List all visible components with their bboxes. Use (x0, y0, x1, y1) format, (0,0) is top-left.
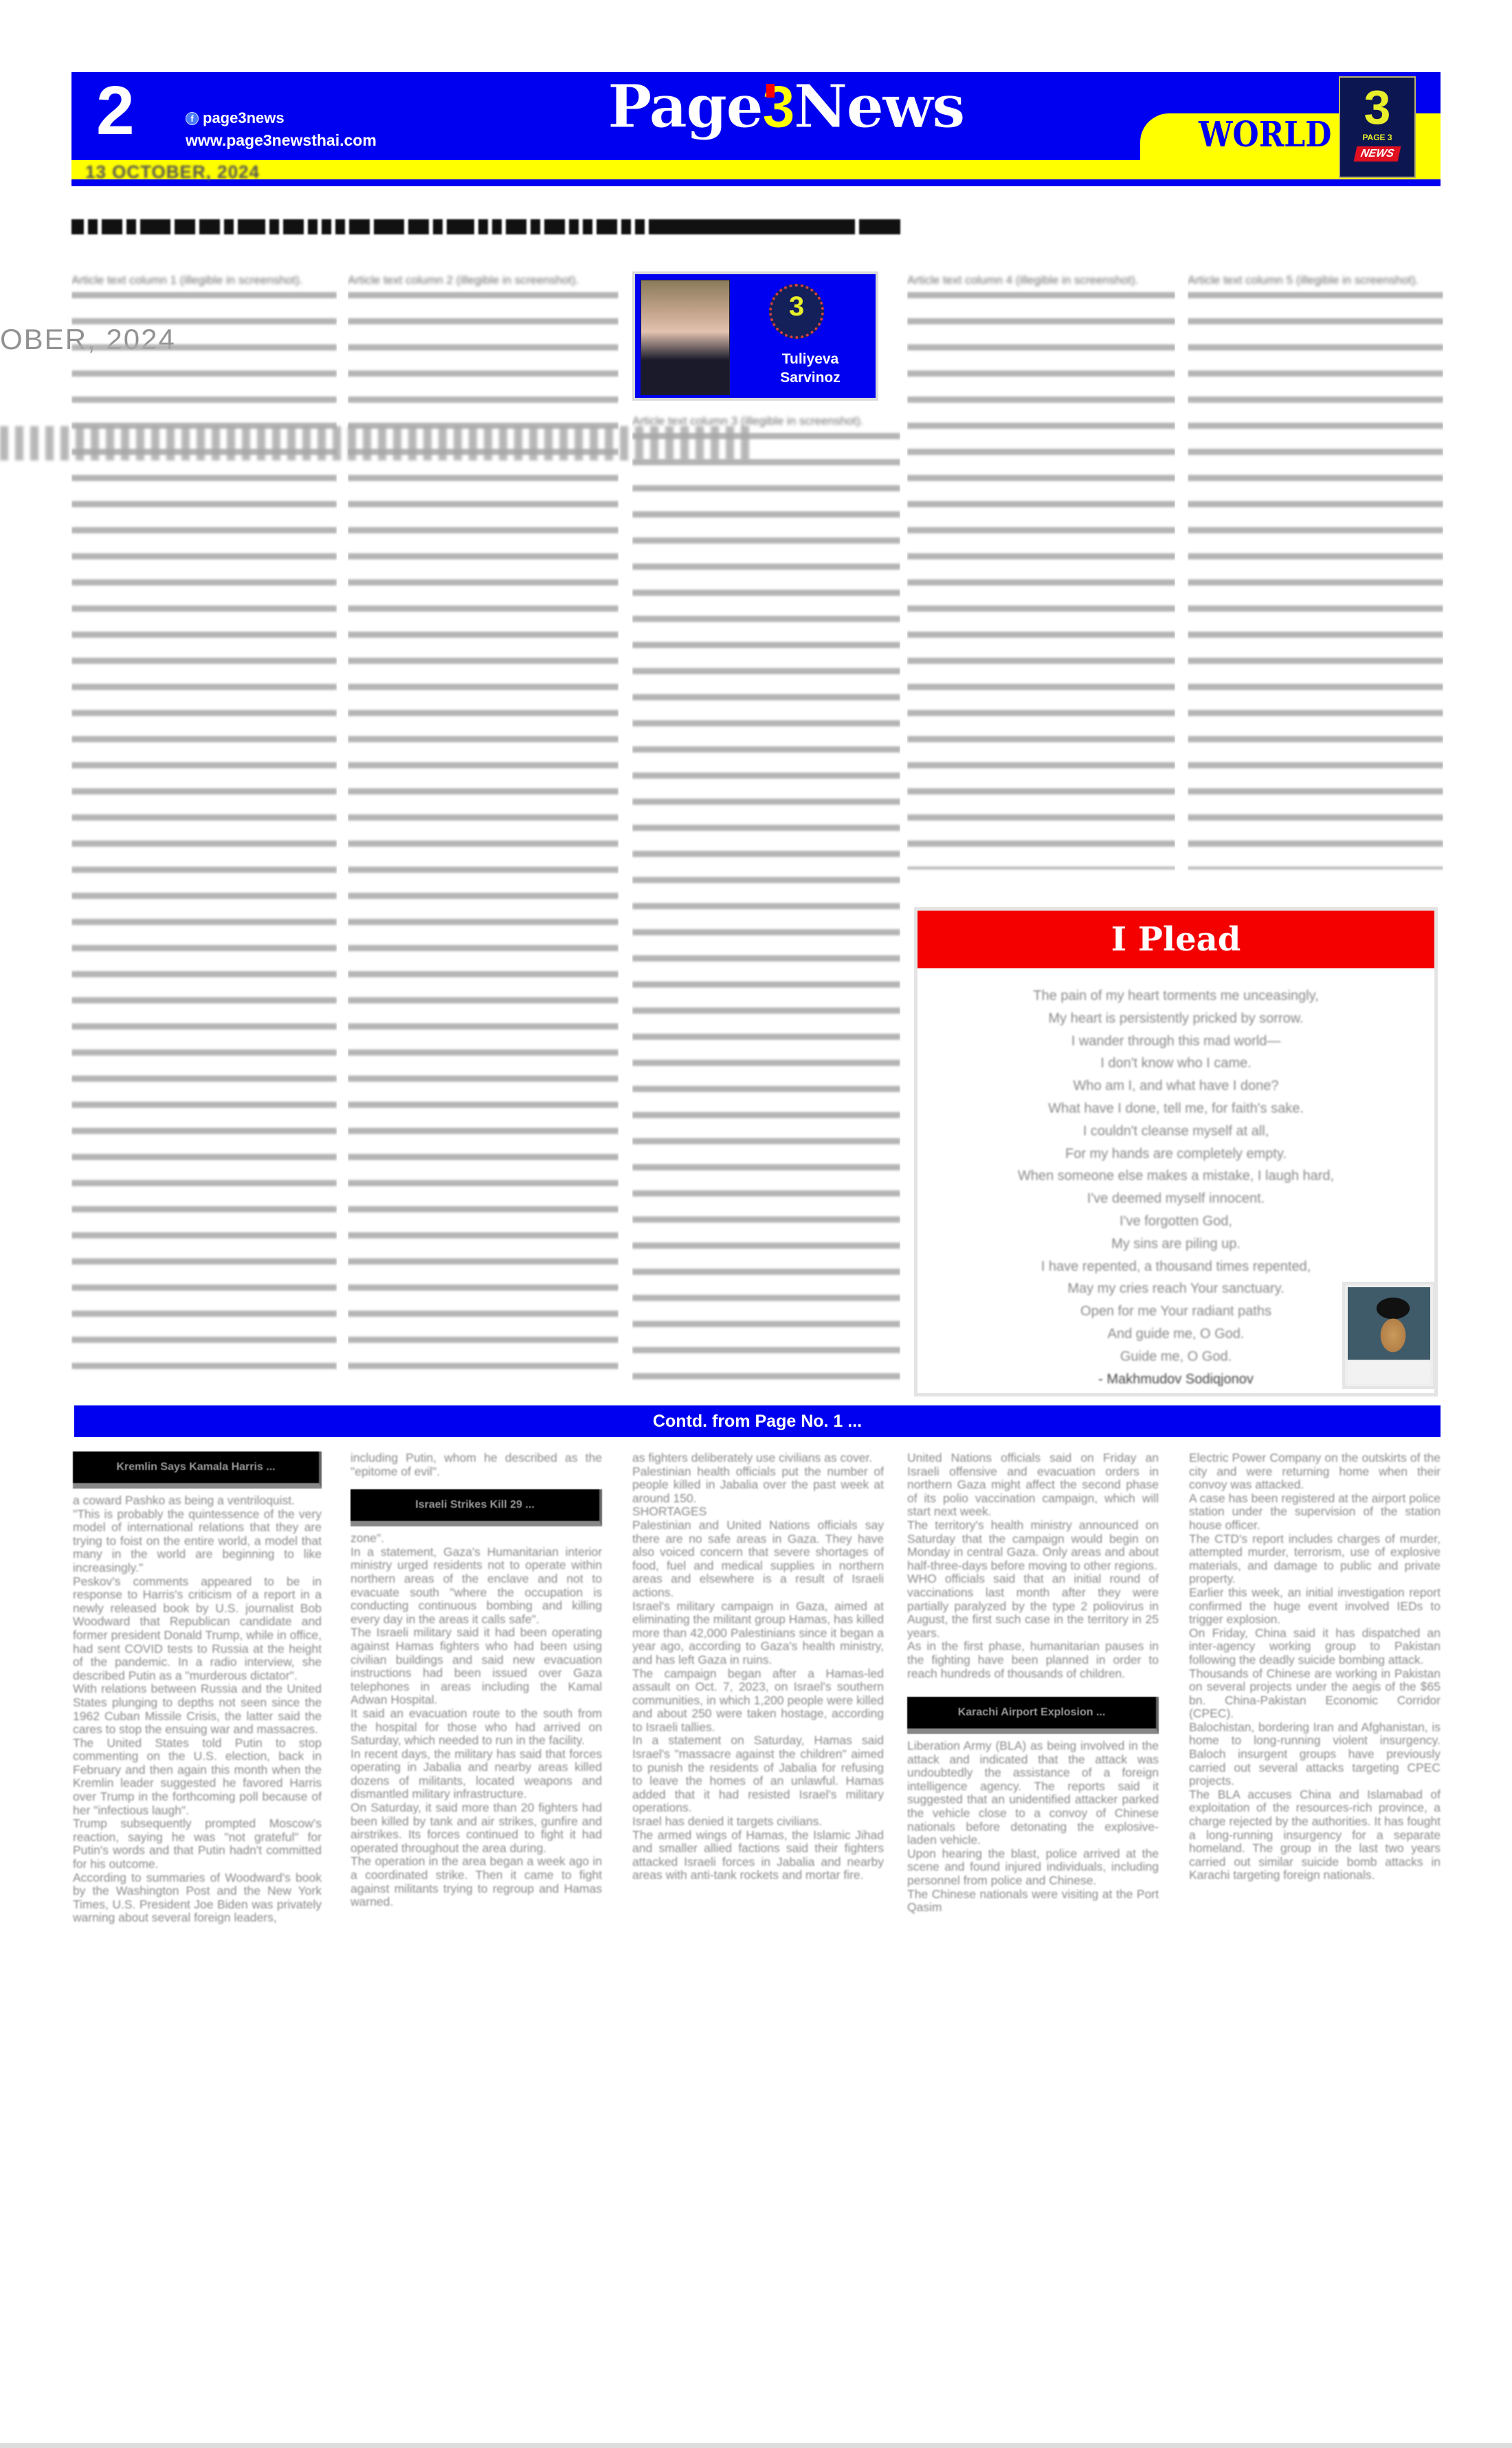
poem-line: For my hands are completely empty. (931, 1143, 1421, 1166)
paragraph: According to summaries of Woodward's boo… (73, 1871, 322, 1925)
paragraph: "This is probably the quintessence of th… (73, 1508, 322, 1575)
paragraph: The territory's health ministry announce… (907, 1519, 1159, 1572)
paragraph: United Nations officials said on Friday … (907, 1451, 1159, 1519)
article-column-5: Article text column 5 (illegible in scre… (1188, 271, 1443, 876)
paragraph: WHO officials said that an initial round… (907, 1572, 1159, 1640)
continued-column-2: including Putin, whom he described as th… (351, 1451, 602, 1909)
paragraph: The campaign began after a Hamas-led ass… (632, 1667, 884, 1735)
facebook-link[interactable]: f page3news (186, 109, 285, 127)
article-column-4: Article text column 4 (illegible in scre… (907, 271, 1175, 876)
header-bottom-stripe (71, 179, 1441, 186)
page-bottom-edge (0, 2443, 1512, 2448)
paragraph: On Friday, China said it has dispatched … (1189, 1627, 1441, 1667)
paragraph: The armed wings of Hamas, the Islamic Ji… (632, 1829, 884, 1882)
article-text: Article text column 5 (illegible in scre… (1188, 271, 1443, 289)
paragraph: The operation in the area began a week a… (351, 1855, 602, 1909)
paragraph: Electric Power Company on the outskirts … (1189, 1451, 1441, 1492)
paragraph: Israel has denied it targets civilians. (632, 1815, 884, 1829)
paragraph: The BLA accuses China and Islamabad of e… (1189, 1788, 1441, 1882)
paragraph: Balochistan, bordering Iran and Afghanis… (1189, 1721, 1441, 1788)
poem-line: I've deemed myself innocent. (931, 1188, 1421, 1210)
paragraph: The CTD's report includes charges of mur… (1189, 1533, 1441, 1586)
poem-line: My sins are piling up. (931, 1233, 1421, 1256)
issue-date: 13 OCTOBER, 2024 (85, 162, 260, 183)
author-name: Tuliyeva Sarvinoz (745, 350, 876, 387)
continued-column-5: Electric Power Company on the outskirts … (1189, 1451, 1441, 1882)
poem-line: When someone else makes a mistake, I lau… (931, 1165, 1421, 1188)
logo-label: PAGE 3 (1340, 133, 1414, 142)
subhead-israeli-strikes: Israeli Strikes Kill 29 ... (351, 1489, 602, 1526)
subhead-kremlin: Kremlin Says Kamala Harris ... (73, 1451, 322, 1489)
website-link[interactable]: www.page3newsthai.com (186, 131, 377, 150)
paragraph: Thousands of Chinese are working in Paki… (1189, 1667, 1441, 1721)
page3-news-logo: 3 PAGE 3 NEWS (1339, 76, 1416, 178)
continued-column-3: as fighters deliberately use civilians a… (632, 1451, 884, 1882)
paragraph: including Putin, whom he described as th… (351, 1451, 602, 1478)
paragraph: The Israeli military said it had been op… (351, 1626, 602, 1707)
paragraph: The Chinese nationals were visiting at t… (907, 1888, 1159, 1915)
paragraph: Israel's military campaign in Gaza, aime… (632, 1600, 884, 1667)
author-box: 3 Tuliyeva Sarvinoz (632, 271, 878, 401)
logo-number: 3 (1340, 82, 1414, 133)
paragraph: Palestinian health officials put the num… (632, 1465, 884, 1506)
paragraph: a coward Pashko as being a ventriloquist… (73, 1494, 322, 1508)
poet-photo (1342, 1282, 1436, 1389)
paragraph: as fighters deliberately use civilians a… (632, 1451, 884, 1465)
article-text: Article text column 4 (illegible in scre… (907, 271, 1175, 289)
poem-line: My heart is persistently pricked by sorr… (931, 1008, 1421, 1030)
continued-column-1: Kremlin Says Kamala Harris ... a coward … (73, 1451, 322, 1925)
paragraph: In recent days, the military has said th… (351, 1748, 602, 1801)
paragraph: It said an evacuation route to the south… (351, 1707, 602, 1748)
masthead-header: 2 f page3news www.page3newsthai.com 13 O… (71, 72, 1441, 186)
facebook-handle: page3news (203, 109, 285, 127)
page-number: 2 (96, 76, 135, 145)
logo-news-badge: NEWS (1354, 146, 1401, 162)
poem-line: I wander through this mad world— (931, 1030, 1421, 1053)
article-text: Article text column 1 (illegible in scre… (71, 271, 337, 289)
paragraph: zone". (351, 1532, 602, 1546)
section-label: WORLD (1199, 115, 1331, 155)
paragraph: Earlier this week, an initial investigat… (1189, 1586, 1441, 1627)
article-column-1: Article text column 1 (illegible in scre… (71, 271, 337, 1385)
poem-line: I've forgotten God, (931, 1210, 1421, 1233)
poem-line: I have repented, a thousand times repent… (931, 1256, 1421, 1278)
masthead-three: 3 (762, 74, 794, 140)
article-column-3: Article text column 3 (illegible in scre… (632, 412, 900, 1385)
masthead-news: News (794, 72, 964, 142)
paragraph: With relations between Russia and the Un… (73, 1682, 322, 1736)
facebook-icon: f (186, 112, 199, 125)
article-text: Article text column 2 (illegible in scre… (348, 271, 619, 289)
author-photo (641, 280, 730, 395)
article-text: Article text column 3 (illegible in scre… (632, 412, 900, 430)
paragraph: Palestinian and United Nations officials… (632, 1519, 884, 1600)
poem-line: The pain of my heart torments me unceasi… (931, 985, 1421, 1008)
poem-line: Who am I, and what have I done? (931, 1075, 1421, 1098)
masthead-title: Page3News (608, 78, 964, 137)
subheading: SHORTAGES (632, 1505, 884, 1519)
paragraph: Peskov's comments appeared to be in resp… (73, 1575, 322, 1683)
subhead-karachi-airport: Karachi Airport Explosion ... (907, 1697, 1159, 1734)
poem-box: I Plead The pain of my heart torments me… (914, 907, 1438, 1397)
poem-line: I couldn't cleanse myself at all, (931, 1120, 1421, 1143)
page3-news-emblem-icon: 3 (769, 284, 824, 339)
author-last-name: Sarvinoz (745, 368, 876, 387)
paragraph: A case has been registered at the airpor… (1189, 1492, 1441, 1533)
paragraph: Liberation Army (BLA) as being involved … (907, 1739, 1159, 1847)
masthead-page: Page (608, 72, 762, 142)
paragraph: The United States told Putin to stop com… (73, 1737, 322, 1818)
paragraph: In a statement, Gaza's Humanitarian inte… (351, 1546, 602, 1627)
poem-line: I don't know who I came. (931, 1052, 1421, 1075)
article-headline: (headline illegible) (71, 214, 1512, 239)
paragraph: Upon hearing the blast, police arrived a… (907, 1847, 1159, 1888)
paragraph: On Saturday, it said more than 20 fighte… (351, 1801, 602, 1855)
paragraph: Trump subsequently prompted Moscow's rea… (73, 1817, 322, 1871)
article-column-2: Article text column 2 (illegible in scre… (348, 271, 619, 1385)
poem-title: I Plead (918, 911, 1434, 968)
author-first-name: Tuliyeva (745, 350, 876, 368)
poem-line: What have I done, tell me, for faith's s… (931, 1098, 1421, 1120)
paragraph: In a statement on Saturday, Hamas said I… (632, 1734, 884, 1815)
paragraph: As in the first phase, humanitarian paus… (907, 1640, 1159, 1680)
continued-column-4: United Nations officials said on Friday … (907, 1451, 1159, 1915)
continued-banner: Contd. from Page No. 1 ... (74, 1405, 1441, 1437)
